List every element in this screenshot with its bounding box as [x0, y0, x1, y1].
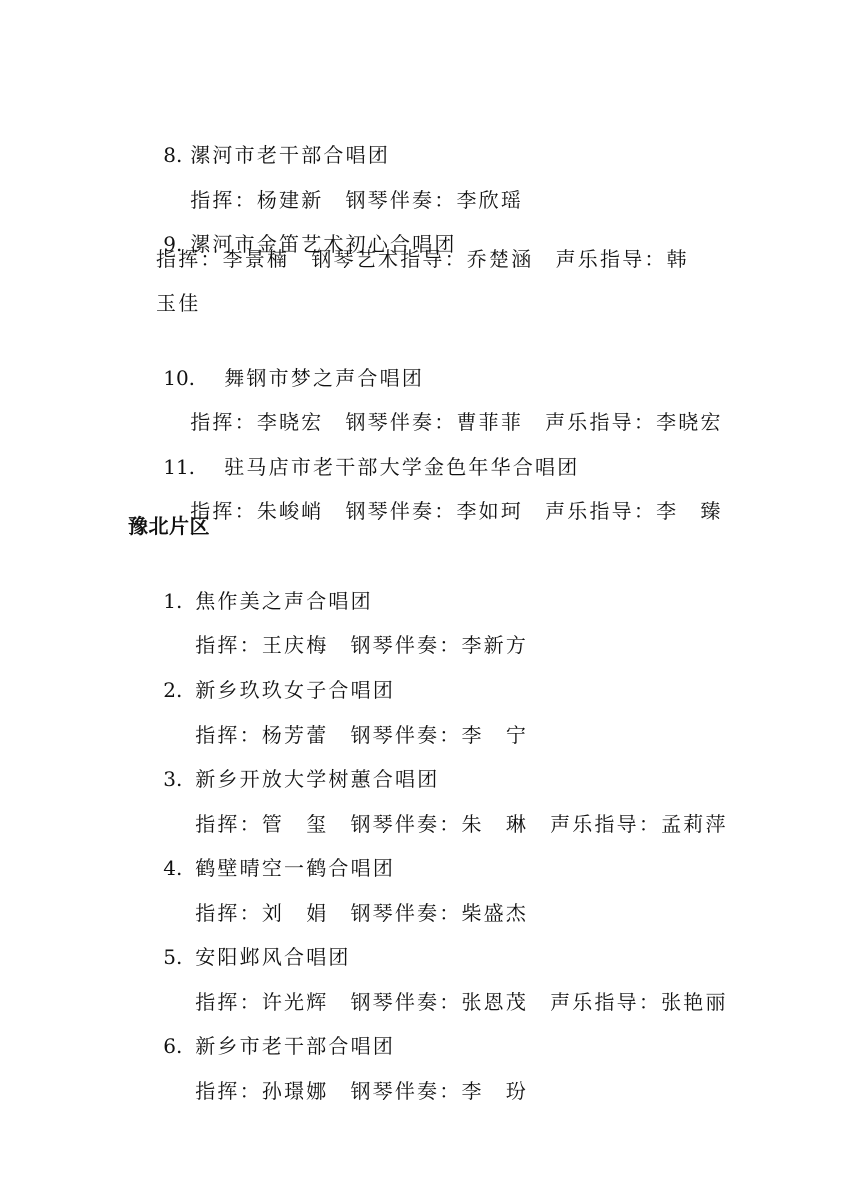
choir-title: 2.新乡玖玖女子合唱团 — [129, 645, 395, 675]
credit-role: 指挥： — [195, 1079, 262, 1103]
credit-person: 李 玢 — [461, 1079, 528, 1103]
credit-person: 李如珂 — [456, 499, 523, 523]
credit-role: 声乐指导： — [545, 499, 656, 523]
choir-credits: 指挥：朱峻峭钢琴伴奏：李如珂声乐指导：李 臻 — [156, 466, 723, 496]
credit-person: 李晓宏 — [656, 410, 723, 434]
choir-credits: 指挥：杨建新钢琴伴奏：李欣瑶 — [156, 155, 523, 185]
choir-credits: 指挥：管 玺钢琴伴奏：朱 琳声乐指导：孟莉萍 — [161, 779, 728, 809]
credit-role: 声乐指导： — [550, 990, 661, 1014]
credit-person: 李 臻 — [656, 499, 723, 523]
choir-credits: 指挥：杨芳蕾钢琴伴奏：李 宁 — [161, 690, 528, 720]
choir-title: 9.漯河市金笛艺术初心合唱团 — [129, 199, 457, 229]
credit-person: 朱峻峭 — [257, 499, 324, 523]
choir-credits: 指挥：王庆梅钢琴伴奏：李新方 — [161, 600, 528, 630]
choir-title: 6.新乡市老干部合唱团 — [129, 1001, 395, 1031]
credit-person: 孟莉萍 — [661, 812, 728, 836]
credit-role: 钢琴伴奏： — [350, 1079, 461, 1103]
credit-person: 柴盛杰 — [461, 901, 528, 925]
credit-person: 朱 琳 — [461, 812, 528, 836]
credit-role: 钢琴伴奏： — [350, 901, 461, 925]
choir-title: 5.安阳邺风合唱团 — [129, 912, 351, 942]
credit-role: 钢琴伴奏： — [345, 499, 456, 523]
credit-person: 李新方 — [461, 633, 528, 657]
choir-title: 4.鹤壁晴空一鹤合唱团 — [129, 823, 395, 853]
credit-person: 李 宁 — [461, 723, 528, 747]
choir-credits: 指挥：李景楠 钢琴艺术指导：乔楚涵 声乐指导：韩 — [156, 244, 689, 274]
choir-title: 10.舞钢市梦之声合唱团 — [129, 333, 424, 363]
choir-credits: 指挥：李晓宏钢琴伴奏：曹菲菲声乐指导：李晓宏 — [156, 377, 723, 407]
choir-title: 1.焦作美之声合唱团 — [129, 556, 373, 586]
credit-person: 张艳丽 — [661, 990, 728, 1014]
choir-title: 11.驻马店市老干部大学金色年华合唱团 — [129, 422, 579, 452]
choir-credits: 指挥：刘 娟钢琴伴奏：柴盛杰 — [161, 868, 528, 898]
credit-person: 张恩茂 — [461, 990, 528, 1014]
credit-person: 孙璟娜 — [262, 1079, 329, 1103]
document-page: 8.漯河市老干部合唱团 指挥：杨建新钢琴伴奏：李欣瑶 9.漯河市金笛艺术初心合唱… — [0, 0, 850, 1202]
choir-title: 3.新乡开放大学树蕙合唱团 — [129, 734, 439, 764]
credit-person: 李欣瑶 — [456, 188, 523, 212]
choir-title: 8.漯河市老干部合唱团 — [129, 110, 390, 140]
choir-credits: 指挥：孙璟娜钢琴伴奏：李 玢 — [161, 1046, 528, 1076]
choir-credits-continued: 玉佳 — [156, 288, 200, 318]
section-heading: 豫北片区 — [128, 511, 210, 541]
choir-credits: 指挥：许光辉钢琴伴奏：张恩茂声乐指导：张艳丽 — [161, 957, 728, 987]
credit-role: 声乐指导： — [550, 812, 661, 836]
